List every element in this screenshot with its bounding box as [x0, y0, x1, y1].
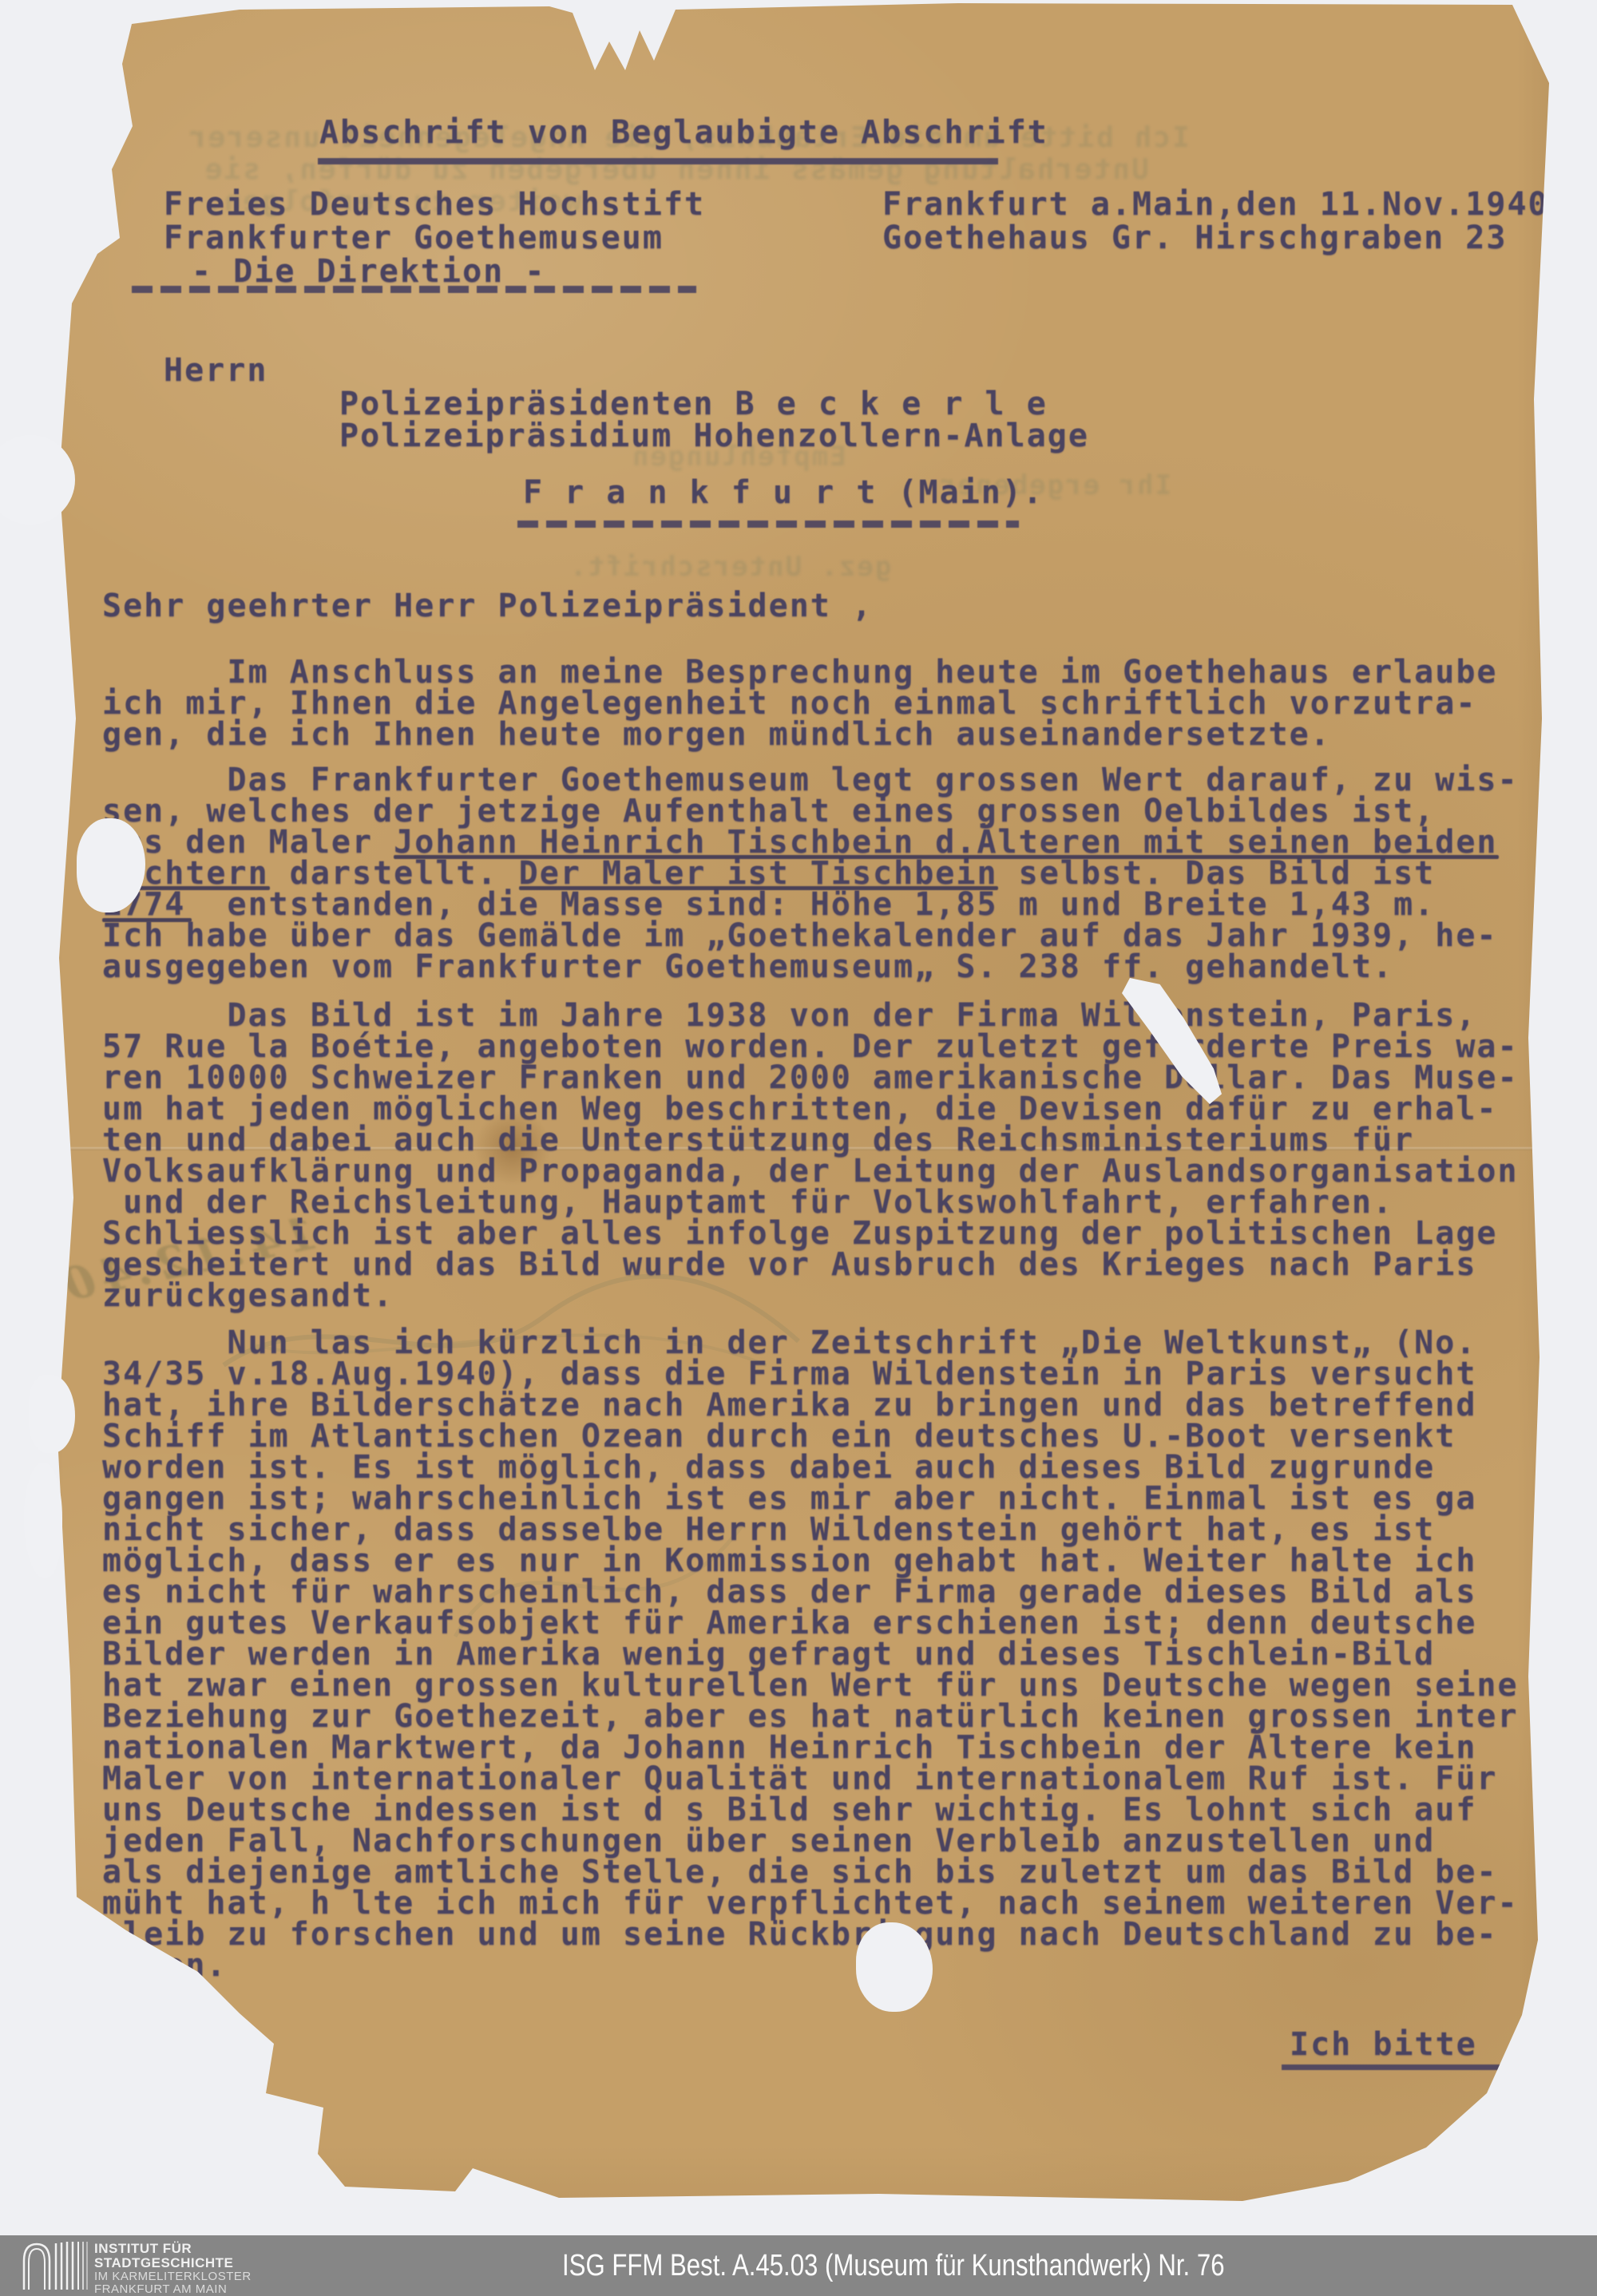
closing-underline — [1282, 2064, 1523, 2070]
institute-name-line1: INSTITUT FÜR — [94, 2242, 192, 2256]
paragraph-4: Nun las ich kürzlich in der Zeitschrift … — [102, 1328, 1519, 1981]
archive-reference: ISG FFM Best. A.45.03 (Museum für Kunsth… — [562, 2249, 1225, 2283]
paper-sheet: Ich bitte um die Erlaubnis, die Angelege… — [0, 0, 1597, 2235]
scanned-letter-page: Ich bitte um die Erlaubnis, die Angelege… — [0, 0, 1597, 2296]
paper-tear-left — [29, 1375, 75, 1453]
document-heading: Abschrift von Beglaubigte Abschrift — [319, 117, 1048, 148]
recipient-salute: Herrn — [164, 355, 267, 386]
paper-tear-left — [24, 1463, 62, 1578]
institute-name-line3: IM KARMELITERKLOSTER — [94, 2270, 252, 2283]
recipient-name: Polizeipräsidenten B e c k e r l e — [339, 389, 1048, 420]
recipient-city: F r a n k f u r t (Main). — [523, 477, 1044, 509]
sender-underline — [132, 286, 696, 293]
paragraph-3: Das Bild ist im Jahre 1938 von der Firma… — [102, 1000, 1519, 1312]
paper-tear-bottom — [856, 1922, 933, 2012]
paragraph-2: Das Frankfurter Goethemuseum legt grosse… — [102, 765, 1519, 983]
recipient-office: Polizeipräsidium Hohenzollern-Anlage — [339, 421, 1089, 452]
sender-museum: Frankfurter Goethemuseum — [164, 223, 664, 254]
underline-mark-der-maler — [519, 886, 998, 890]
bleed-through-line: gez. Unterschrift. — [569, 551, 891, 583]
sender-direktion: - Die Direktion - — [192, 256, 545, 287]
institute-name-line2: STADTGESCHICHTE — [94, 2256, 233, 2270]
underline-mark-tischbein — [394, 855, 1499, 859]
institute-logo-icon — [18, 2240, 94, 2291]
underline-mark-1774 — [102, 918, 192, 922]
closing-phrase: Ich bitte — [1290, 2029, 1477, 2060]
recipient-underline — [517, 521, 1019, 528]
paragraph-1: Im Anschluss an meine Besprechung heute … — [102, 657, 1498, 750]
sender-institution: Freies Deutsches Hochstift — [164, 189, 705, 220]
salutation: Sehr geehrter Herr Polizeipräsident , — [102, 591, 873, 622]
heading-underline — [318, 158, 998, 164]
institute-name-line4: FRANKFURT AM MAIN — [94, 2283, 227, 2296]
dateline-place-date: Frankfurt a.Main,den 11.Nov.1940 — [882, 189, 1549, 220]
dateline-address: Goethehaus Gr. Hirschgraben 23 — [882, 223, 1507, 254]
